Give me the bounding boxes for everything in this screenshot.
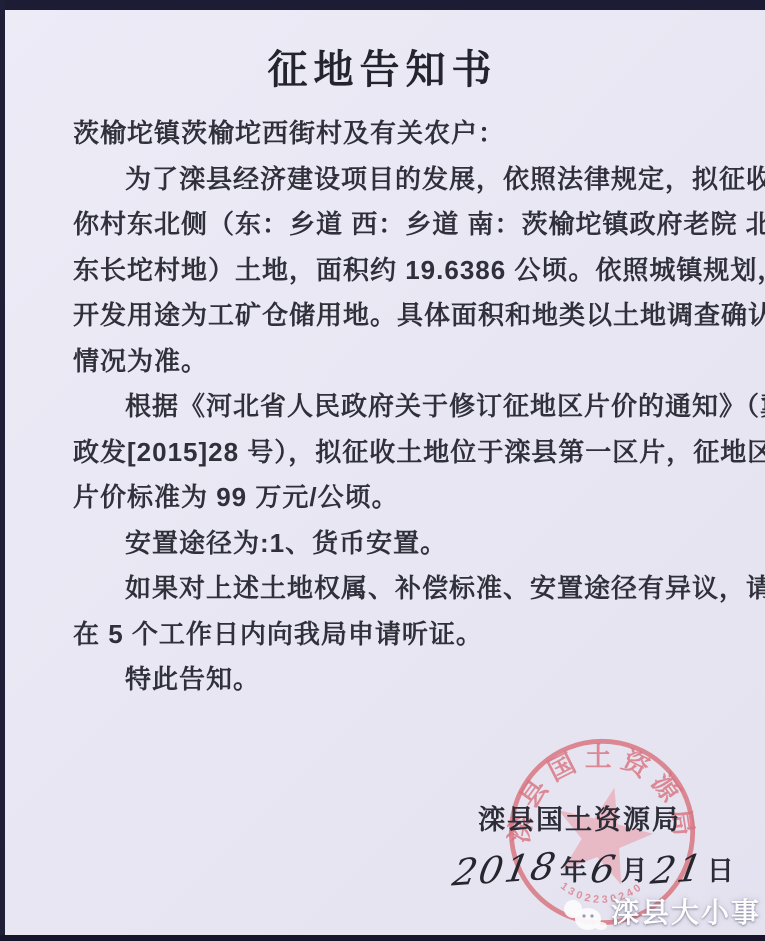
body-line: 如果对上述土地权属、补偿标准、安置途径有异议，请: [73, 566, 717, 612]
watermark-text: 滦县大小事: [611, 891, 761, 931]
scan-edge-bottom: [0, 935, 765, 941]
body-line: 安置途径为:1、货币安置。: [73, 521, 717, 567]
day-label: 日: [707, 856, 734, 886]
month-label: 月: [621, 856, 648, 886]
signature-agency: 滦县国土资源局: [478, 798, 681, 837]
handwritten-month: 6: [587, 847, 621, 892]
body-line: 片价标准为 99 万元/公顷。: [73, 475, 717, 521]
body-line: 在 5 个工作日内向我局申请听证。: [73, 612, 717, 658]
scan-edge-left: [0, 0, 5, 941]
salutation-line: 茨榆坨镇茨榆坨西街村及有关农户：: [73, 111, 717, 157]
body-line: 为了滦县经济建设项目的发展，依照法律规定，拟征收: [73, 157, 717, 203]
body-line: 开发用途为工矿仓储用地。具体面积和地类以土地调查确认: [73, 293, 717, 339]
document-title: 征地告知书: [0, 38, 765, 95]
channel-watermark: 滦县大小事: [561, 891, 761, 931]
body-line: 特此告知。: [73, 657, 717, 703]
body-line: 东长坨村地）土地，面积约 19.6386 公顷。依照城镇规划，: [73, 248, 717, 294]
signature-date: 2018年6月21日: [450, 846, 734, 889]
handwritten-year: 2018: [449, 844, 560, 894]
year-label: 年: [560, 856, 587, 886]
body-line: 情况为准。: [73, 339, 717, 385]
body-line: 政发[2015]28 号），拟征收土地位于滦县第一区片，征地区: [73, 430, 717, 476]
mascot-logo-icon: [561, 895, 609, 935]
scan-edge-top: [0, 0, 765, 10]
body-line: 根据《河北省人民政府关于修订征地区片价的通知》（冀: [73, 384, 717, 430]
handwritten-day: 21: [647, 846, 707, 892]
document-body: 茨榆坨镇茨榆坨西街村及有关农户： 为了滦县经济建设项目的发展，依照法律规定，拟征…: [0, 111, 765, 703]
body-line: 你村东北侧（东：乡道 西：乡道 南：茨榆坨镇政府老院 北：: [73, 202, 717, 248]
scanned-document-page: 征地告知书 茨榆坨镇茨榆坨西街村及有关农户： 为了滦县经济建设项目的发展，依照法…: [0, 0, 765, 941]
